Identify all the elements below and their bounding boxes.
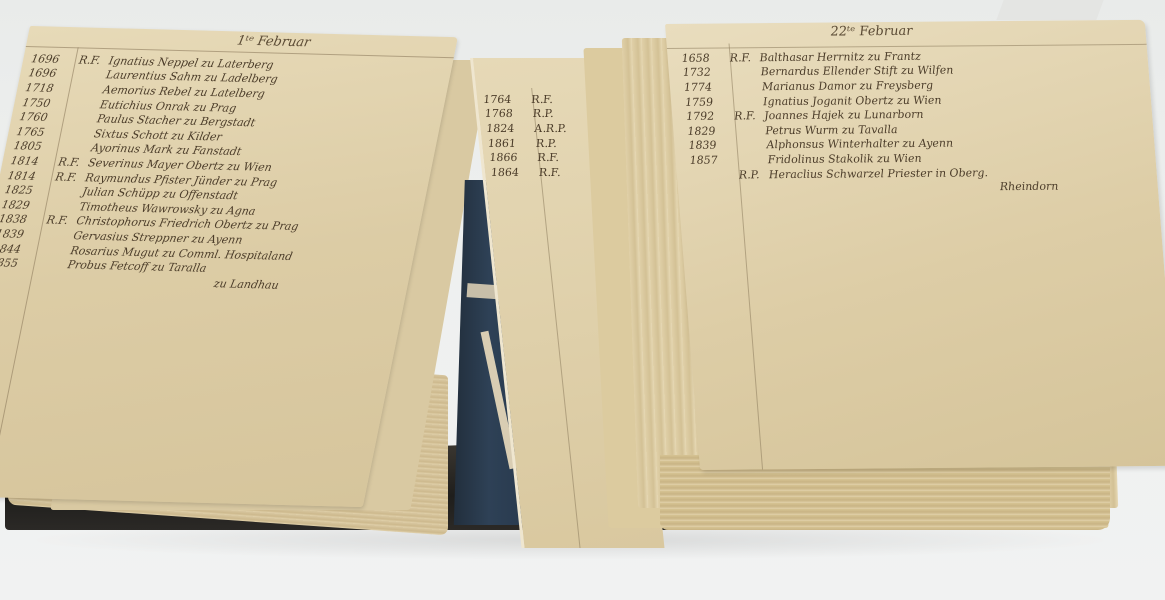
entry-list: 1658R.F.Balthasar Herrnitz zu Frantz 173… xyxy=(681,48,1059,197)
ledger-entry: 1824A.R.P. xyxy=(486,121,566,136)
page-heading: 1ᵗᵉ Februar xyxy=(236,33,312,50)
page-heading: 22ᵗᵉ Februar xyxy=(830,24,913,40)
ledger-entry: 1864R.F. xyxy=(490,165,570,180)
right-ledger-page: 22ᵗᵉ Februar 1658R.F.Balthasar Herrnitz … xyxy=(665,20,1165,470)
entry-list: 1764R.F. 1768R.P. 1824A.R.P. 1861R.P. 18… xyxy=(483,92,570,180)
ledger-entry: 1768R.P. xyxy=(484,107,564,122)
entry-list: 1696R.F.Ignatius Neppel zu Laterberg 169… xyxy=(0,51,332,292)
photo-scene: 1ᵗᵉ Februar 1696R.F.Ignatius Neppel zu L… xyxy=(0,0,1165,600)
background-paper xyxy=(996,0,1103,20)
ledger-note: Rheindorn xyxy=(691,179,1058,197)
ledger-entry: 1861R.P. xyxy=(487,136,567,151)
ledger-entry: 1764R.F. xyxy=(483,92,563,107)
ledger-entry: 1866R.F. xyxy=(489,150,569,165)
